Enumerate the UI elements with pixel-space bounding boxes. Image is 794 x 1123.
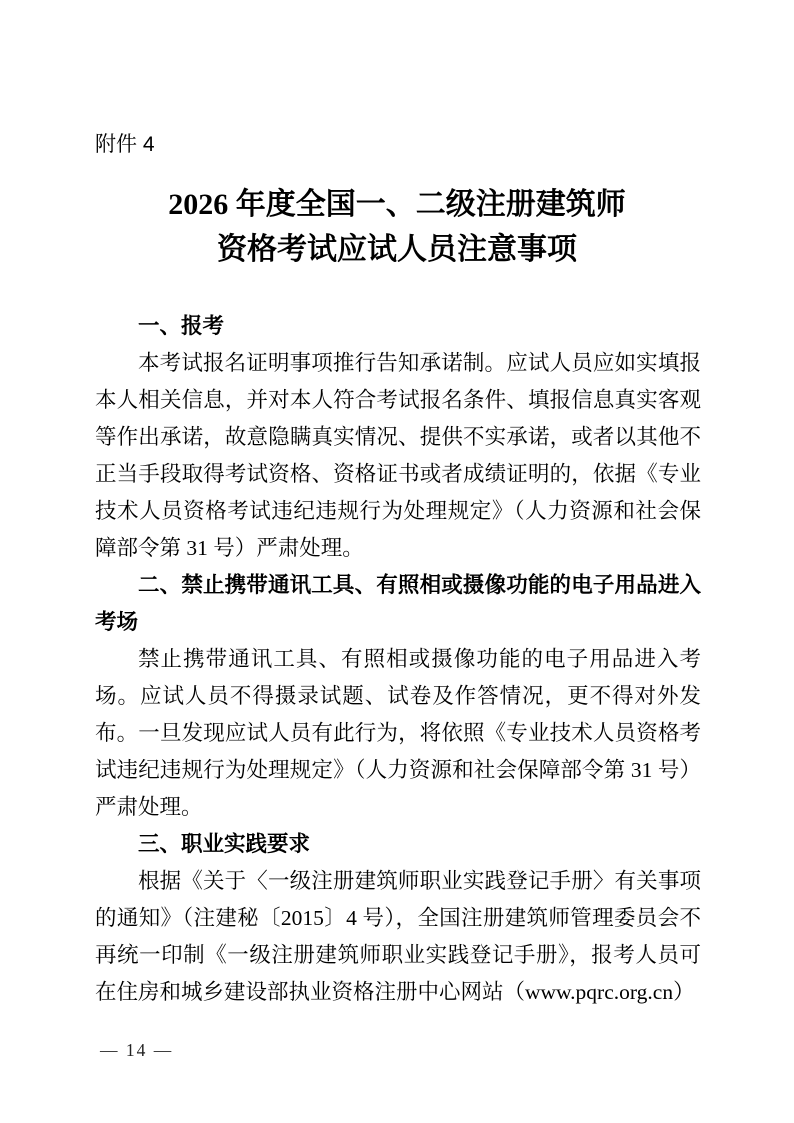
section-3: 三、职业实践要求 根据《关于〈一级注册建筑师职业实践登记手册〉有关事项的通知》（… [95,826,701,1011]
page-number: — 14 — [100,1038,173,1062]
document-page: 附件 4 2026 年度全国一、二级注册建筑师 资格考试应试人员注意事项 一、报… [0,0,794,1123]
section-1-heading: 一、报考 [95,308,701,345]
section-2-heading: 二、禁止携带通讯工具、有照相或摄像功能的电子用品进入考场 [95,567,701,641]
document-title-line1: 2026 年度全国一、二级注册建筑师 [168,188,626,221]
section-3-paragraph: 根据《关于〈一级注册建筑师职业实践登记手册〉有关事项的通知》（注建秘〔2015〕… [95,863,701,1011]
attachment-label: 附件 4 [95,130,155,160]
section-3-heading: 三、职业实践要求 [95,826,701,863]
section-1: 一、报考 本考试报名证明事项推行告知承诺制。应试人员应如实填报本人相关信息，并对… [95,308,701,567]
document-title-line2: 资格考试应试人员注意事项 [217,233,577,266]
section-2: 二、禁止携带通讯工具、有照相或摄像功能的电子用品进入考场 禁止携带通讯工具、有照… [95,567,701,826]
document-title: 2026 年度全国一、二级注册建筑师 资格考试应试人员注意事项 [0,182,794,272]
section-1-paragraph: 本考试报名证明事项推行告知承诺制。应试人员应如实填报本人相关信息，并对本人符合考… [95,345,701,567]
section-2-paragraph: 禁止携带通讯工具、有照相或摄像功能的电子用品进入考场。应试人员不得摄录试题、试卷… [95,641,701,826]
document-body: 一、报考 本考试报名证明事项推行告知承诺制。应试人员应如实填报本人相关信息，并对… [95,308,701,1011]
